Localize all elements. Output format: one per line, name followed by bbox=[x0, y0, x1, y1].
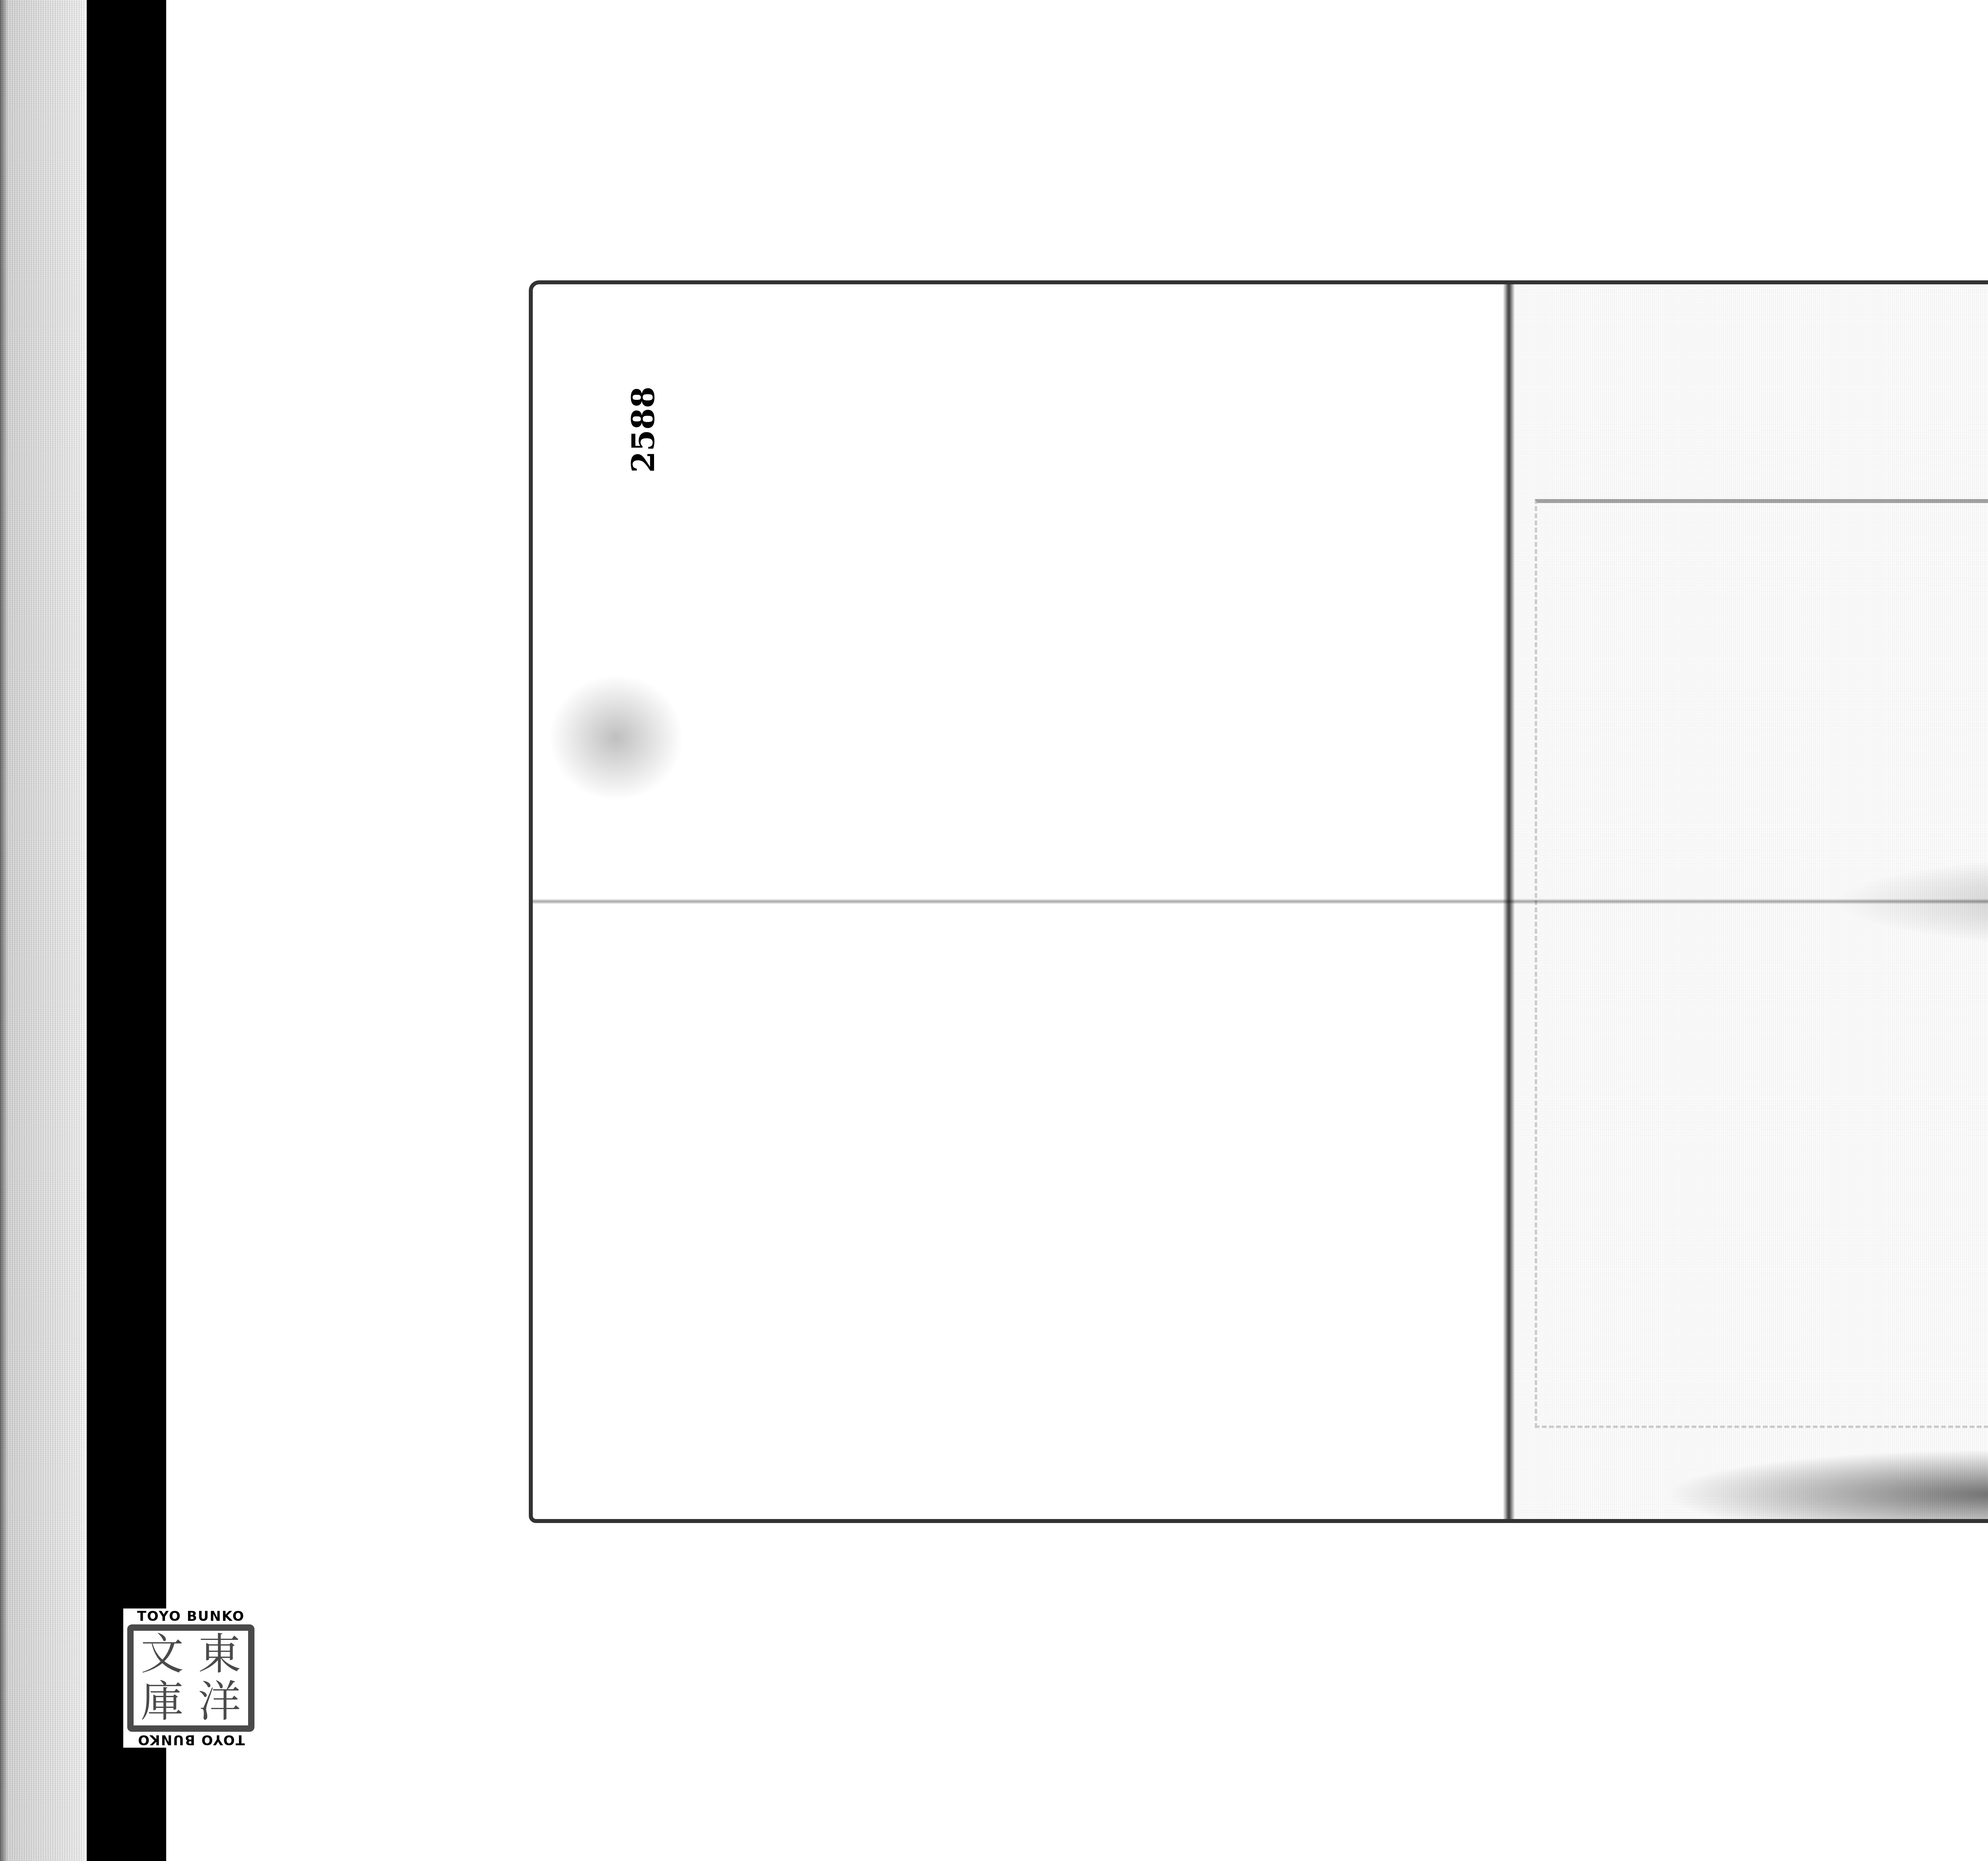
seal-char: 庫 bbox=[134, 1680, 191, 1723]
seal-char: 洋 bbox=[191, 1680, 248, 1723]
seal-char: 東 bbox=[191, 1633, 248, 1676]
toyo-bunko-logo-bottom-left: TOYO BUNKO 文 東 庫 洋 TOYO BUNKO bbox=[123, 1608, 258, 1748]
seal-char: 文 bbox=[134, 1633, 191, 1676]
logo-wordmark-flipped: TOYO BUNKO bbox=[137, 1732, 245, 1748]
faded-printed-frame bbox=[1535, 499, 1988, 1428]
document-sheet: 2588 2588 bbox=[529, 280, 1988, 1523]
paper-stain bbox=[549, 674, 684, 801]
film-margin bbox=[0, 0, 85, 1861]
film-strip-edge bbox=[87, 0, 166, 1861]
seal-icon: 文 東 庫 洋 bbox=[127, 1624, 254, 1732]
logo-wordmark: TOYO BUNKO bbox=[137, 1608, 245, 1624]
horizontal-fold bbox=[533, 899, 1988, 904]
call-number-stamp-left: 2588 bbox=[625, 387, 662, 473]
